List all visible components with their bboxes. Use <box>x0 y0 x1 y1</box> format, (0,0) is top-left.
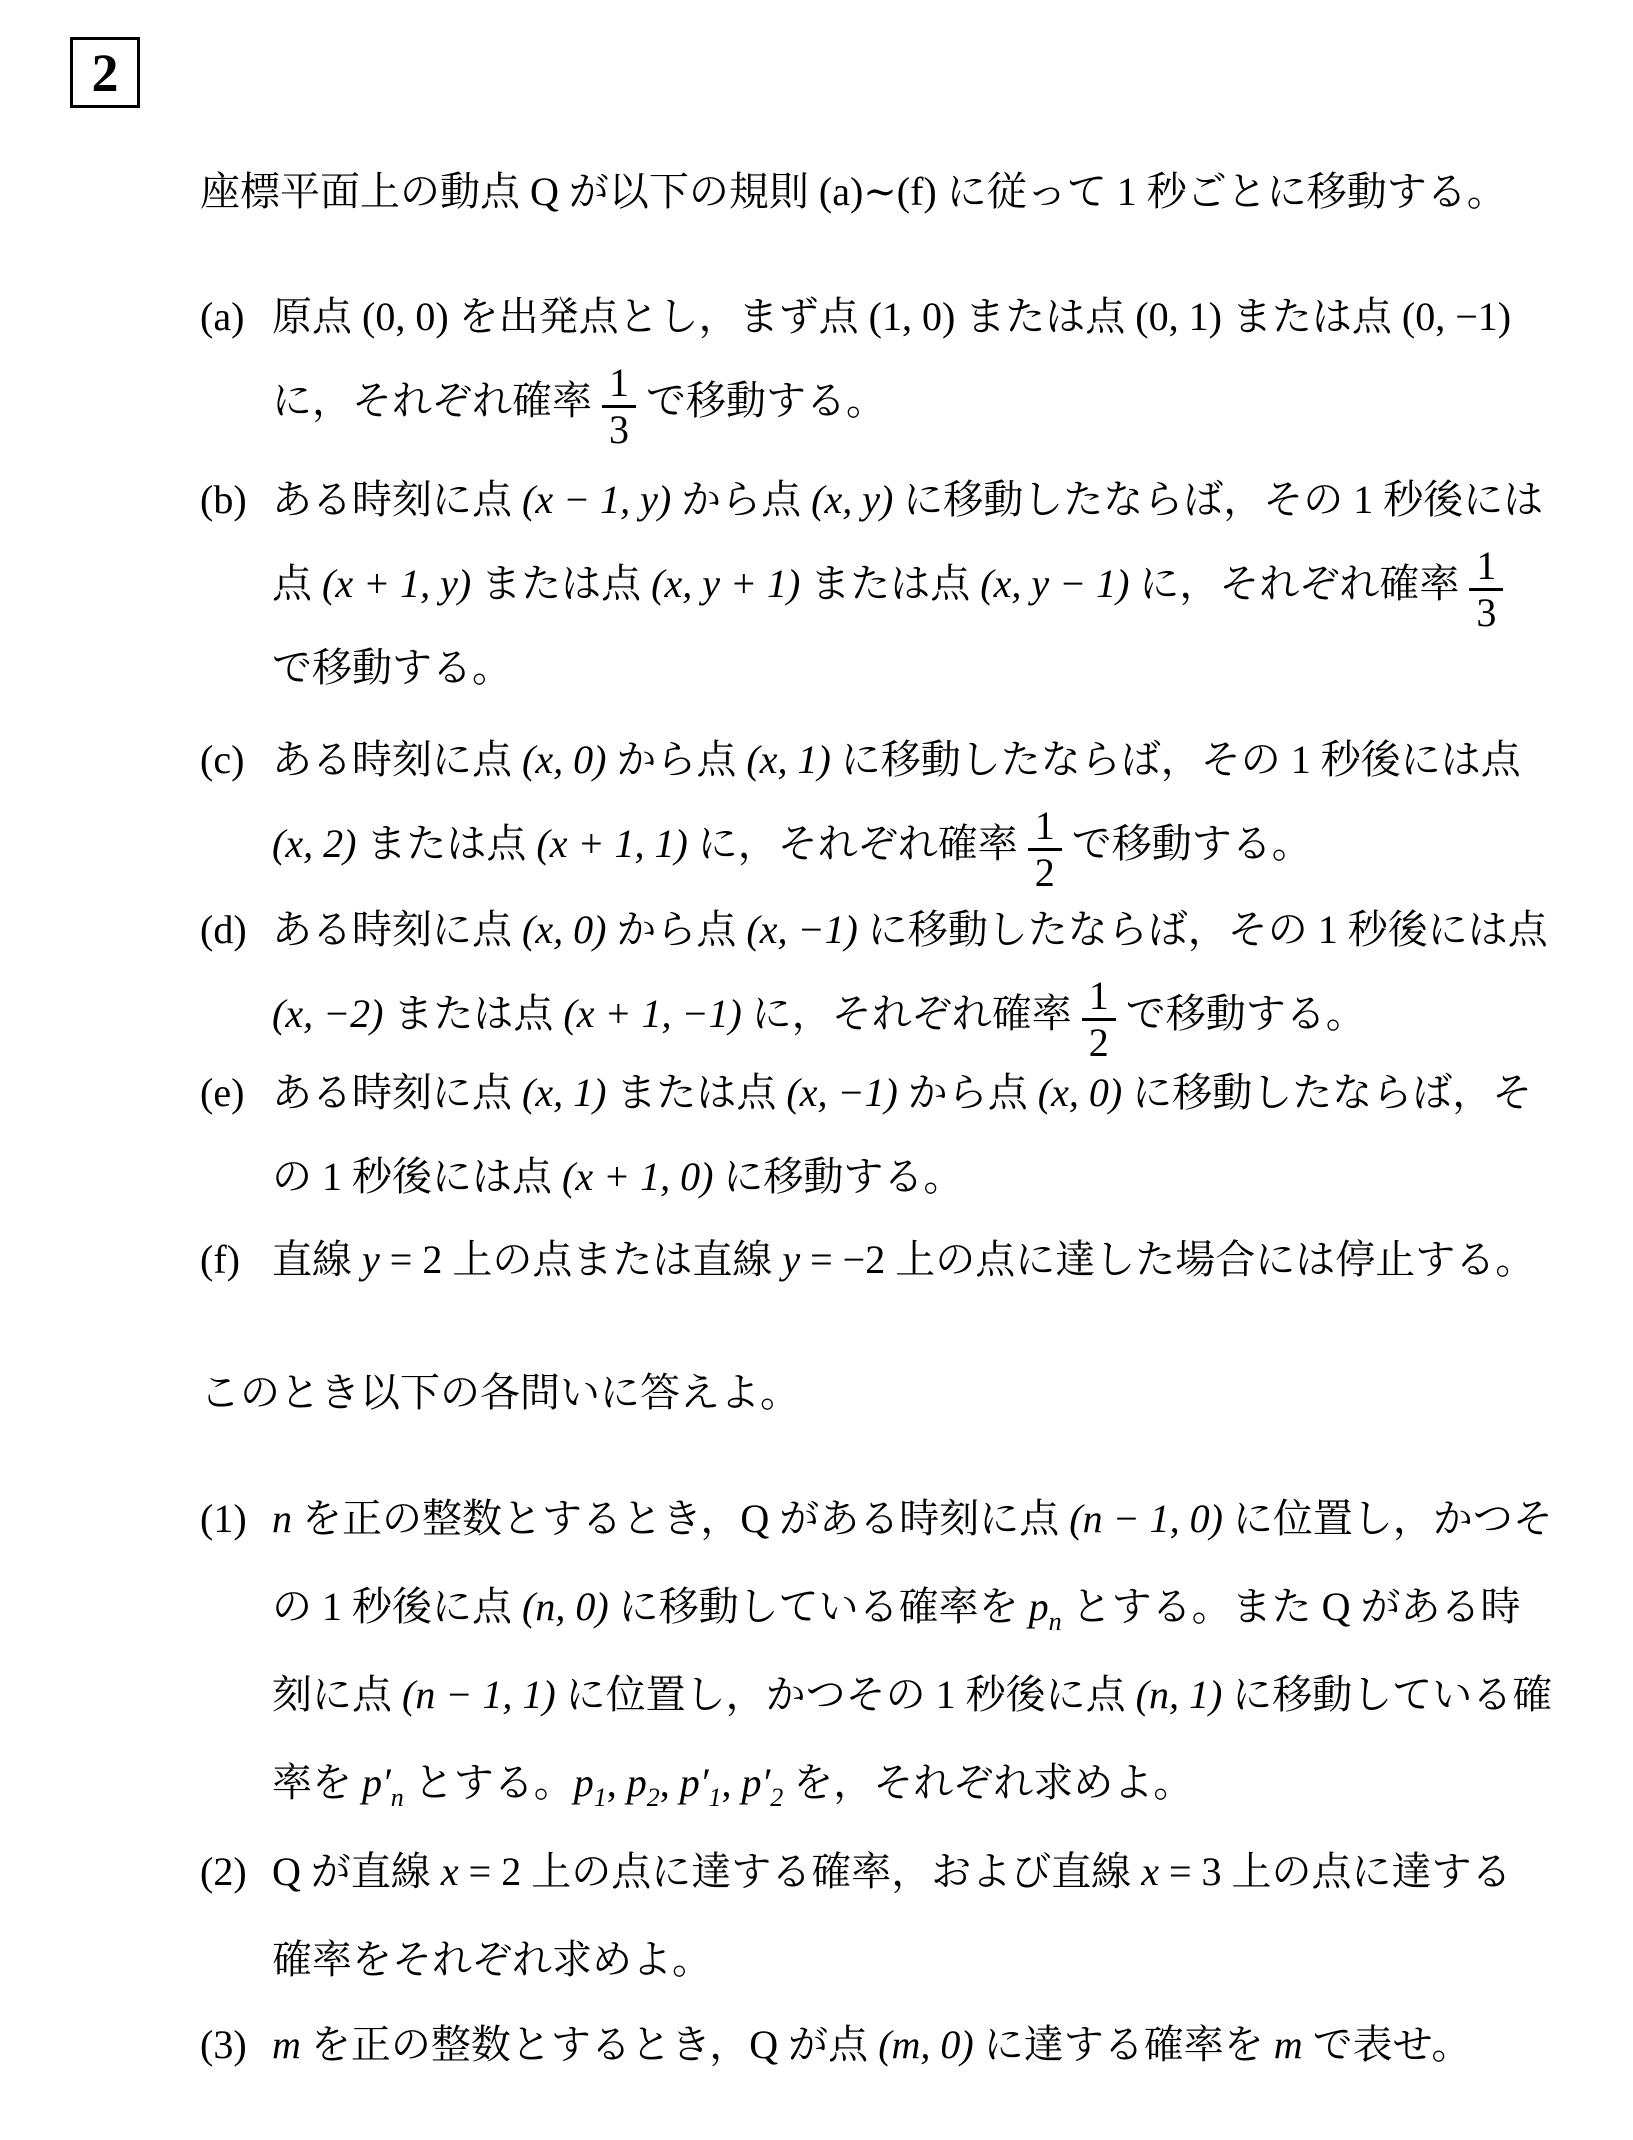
exam-page: 2 座標平面上の動点 Q が以下の規則 (a)∼(f) に従って 1 秒ごとに移… <box>0 0 1633 2140</box>
fraction-denominator: 3 <box>602 405 636 452</box>
text-run: で移動する。 <box>1072 821 1312 866</box>
math-run: p <box>574 1760 594 1805</box>
text-line: (x, 2) または点 (x + 1, 1) に，それぞれ確率12で移動する。 <box>272 802 1600 886</box>
text-line: 率を p′n とする。p1, p2, p′1, p′2 を，それぞれ求めよ。 <box>272 1739 1600 1827</box>
text-line: ある時刻に点 (x, 1) または点 (x, −1) から点 (x, 0) に移… <box>272 1051 1600 1135</box>
text-run: とする。 <box>404 1760 574 1805</box>
text-run: に移動する。 <box>713 1154 963 1199</box>
math-run: m <box>272 2022 301 2067</box>
question-body-3: m を正の整数とするとき，Q が点 (m, 0) に達する確率を m で表せ。 <box>272 2001 1600 2089</box>
math-subscript: n <box>1049 1607 1062 1636</box>
text-run: に移動している確率を <box>609 1584 1029 1629</box>
question-item-2: (2) Q が直線 x = 2 上の点に達する確率，および直線 x = 3 上の… <box>200 1828 1600 2004</box>
text-run: で移動する。 <box>646 378 886 423</box>
rule-body-c: ある時刻に点 (x, 0) から点 (x, 1) に移動したならば，その 1 秒… <box>272 718 1600 886</box>
math-run: x <box>441 1849 459 1894</box>
fraction-denominator: 3 <box>1469 588 1503 635</box>
fraction: 12 <box>1028 804 1062 895</box>
rule-label-d: (d) <box>200 888 258 972</box>
fraction-numerator: 1 <box>602 361 636 405</box>
text-line: 点 (x + 1, y) または点 (x, y + 1) または点 (x, y … <box>272 542 1600 626</box>
text-line: の 1 秒後には点 (x + 1, 0) に移動する。 <box>272 1135 1600 1219</box>
math-run: (n, 0) <box>522 1584 609 1629</box>
math-run: (x, −1) <box>786 1070 897 1115</box>
text-run: = 2 上の点または直線 <box>380 1237 783 1282</box>
text-run: 直線 <box>272 1237 362 1282</box>
fraction: 13 <box>602 361 636 452</box>
text-run: に移動したならば，その 1 秒後には点 <box>831 737 1521 782</box>
text-line: Q が直線 x = 2 上の点に達する確率，および直線 x = 3 上の点に達す… <box>272 1828 1600 1916</box>
rule-label-e: (e) <box>200 1051 258 1135</box>
math-run: (x, 1) <box>522 1070 606 1115</box>
text-line: 直線 y = 2 上の点または直線 y = −2 上の点に達した場合には停止する… <box>272 1218 1600 1302</box>
text-line: に，それぞれ確率13で移動する。 <box>272 359 1600 443</box>
text-run: に移動したならば，その 1 秒後には <box>893 477 1543 522</box>
text-run: で移動する。 <box>272 645 512 690</box>
math-run: (x, y + 1) <box>651 561 800 606</box>
rule-item-c: (c) ある時刻に点 (x, 0) から点 (x, 1) に移動したならば，その… <box>200 718 1600 886</box>
math-subscript: n <box>391 1783 404 1812</box>
text-line: の 1 秒後に点 (n, 0) に移動している確率を pn とする。また Q が… <box>272 1563 1600 1651</box>
text-run: または点 <box>471 561 651 606</box>
text-line: n を正の整数とするとき，Q がある時刻に点 (n − 1, 0) に位置し，か… <box>272 1475 1600 1563</box>
text-line: m を正の整数とするとき，Q が点 (m, 0) に達する確率を m で表せ。 <box>272 2001 1600 2089</box>
math-run: (n − 1, 0) <box>1069 1496 1223 1541</box>
rule-body-d: ある時刻に点 (x, 0) から点 (x, −1) に移動したならば，その 1 … <box>272 888 1600 1056</box>
text-run: から点 <box>606 907 746 952</box>
text-line: (x, −2) または点 (x + 1, −1) に，それぞれ確率12で移動する… <box>272 972 1600 1056</box>
rule-item-a: (a) 原点 (0, 0) を出発点とし，まず点 (1, 0) または点 (0,… <box>200 275 1600 443</box>
text-line: 確率をそれぞれ求めよ。 <box>272 1916 1600 2004</box>
rule-body-a: 原点 (0, 0) を出発点とし，まず点 (1, 0) または点 (0, 1) … <box>272 275 1600 443</box>
rule-item-f: (f) 直線 y = 2 上の点または直線 y = −2 上の点に達した場合には… <box>200 1218 1600 1302</box>
text-run: ある時刻に点 <box>272 907 522 952</box>
text-run: 点 <box>272 561 322 606</box>
text-run: = 3 上の点に達する <box>1159 1849 1512 1894</box>
text-run: から点 <box>606 737 746 782</box>
math-run: p <box>627 1760 647 1805</box>
math-run: n <box>272 1496 292 1541</box>
text-run: 刻に点 <box>272 1672 402 1717</box>
math-run: (x, 1) <box>746 737 830 782</box>
intro-text: 座標平面上の動点 Q が以下の規則 (a)∼(f) に従って 1 秒ごとに移動す… <box>200 150 1600 234</box>
text-run: から点 <box>898 1070 1038 1115</box>
text-run: Q が直線 <box>272 1849 441 1894</box>
text-run: , <box>722 1760 742 1805</box>
text-run: ある時刻に点 <box>272 477 522 522</box>
text-run: に位置し，かつそ <box>1223 1496 1553 1541</box>
text-run: に移動している確 <box>1222 1672 1552 1717</box>
text-run: ある時刻に点 <box>272 737 522 782</box>
math-run: (x + 1, 0) <box>562 1154 713 1199</box>
question-body-1: n を正の整数とするとき，Q がある時刻に点 (n − 1, 0) に位置し，か… <box>272 1475 1600 1827</box>
math-run: (x − 1, y) <box>522 477 671 522</box>
rule-label-b: (b) <box>200 458 258 542</box>
text-run: または点 <box>356 821 536 866</box>
fraction-numerator: 1 <box>1082 974 1116 1018</box>
rule-item-e: (e) ある時刻に点 (x, 1) または点 (x, −1) から点 (x, 0… <box>200 1051 1600 1219</box>
text-line: で移動する。 <box>272 626 1600 710</box>
text-run: または点 <box>800 561 980 606</box>
text-run: , <box>607 1760 627 1805</box>
question-label-2: (2) <box>200 1828 258 1916</box>
fraction-numerator: 1 <box>1028 804 1062 848</box>
text-run: で移動する。 <box>1126 991 1366 1036</box>
text-run: に，それぞれ確率 <box>688 821 1018 866</box>
text-run: に位置し，かつその 1 秒後に点 <box>556 1672 1136 1717</box>
math-run: (n, 1) <box>1136 1672 1223 1717</box>
text-run: または点 <box>383 991 563 1036</box>
math-run: (x + 1, y) <box>322 561 471 606</box>
text-run: 原点 (0, 0) を出発点とし，まず点 (1, 0) または点 (0, 1) … <box>272 294 1511 339</box>
math-run: p′ <box>680 1760 709 1805</box>
text-line: ある時刻に点 (x − 1, y) から点 (x, y) に移動したならば，その… <box>272 458 1600 542</box>
text-run: に，それぞれ確率 <box>1129 561 1459 606</box>
text-line: 刻に点 (n − 1, 1) に位置し，かつその 1 秒後に点 (n, 1) に… <box>272 1651 1600 1739</box>
math-run: m <box>1274 2022 1303 2067</box>
math-subscript: 1 <box>709 1783 722 1812</box>
text-run: とする。また Q がある時 <box>1062 1584 1521 1629</box>
question-label-1: (1) <box>200 1475 258 1563</box>
text-run: で表せ。 <box>1303 2022 1472 2067</box>
rule-label-f: (f) <box>200 1218 258 1302</box>
text-line: 原点 (0, 0) を出発点とし，まず点 (1, 0) または点 (0, 1) … <box>272 275 1600 359</box>
problem-number: 2 <box>92 46 119 100</box>
math-subscript: 1 <box>594 1783 607 1812</box>
math-run: (m, 0) <box>878 2022 974 2067</box>
math-run: y <box>362 1237 380 1282</box>
text-run: = −2 上の点に達した場合には停止する。 <box>800 1237 1535 1282</box>
question-item-1: (1) n を正の整数とするとき，Q がある時刻に点 (n − 1, 0) に位… <box>200 1475 1600 1827</box>
text-line: ある時刻に点 (x, 0) から点 (x, 1) に移動したならば，その 1 秒… <box>272 718 1600 802</box>
math-run: p′ <box>362 1760 391 1805</box>
math-run: p <box>1029 1584 1049 1629</box>
text-run: の 1 秒後に点 <box>272 1584 522 1629</box>
fraction: 13 <box>1469 544 1503 635</box>
math-run: y <box>782 1237 800 1282</box>
math-run: (x + 1, −1) <box>563 991 741 1036</box>
text-run: を正の整数とするとき，Q が点 <box>301 2022 878 2067</box>
text-run: から点 <box>671 477 811 522</box>
rule-body-e: ある時刻に点 (x, 1) または点 (x, −1) から点 (x, 0) に移… <box>272 1051 1600 1219</box>
rule-body-b: ある時刻に点 (x − 1, y) から点 (x, y) に移動したならば，その… <box>272 458 1600 710</box>
math-run: (x, y) <box>811 477 893 522</box>
rule-item-b: (b) ある時刻に点 (x − 1, y) から点 (x, y) に移動したなら… <box>200 458 1600 710</box>
math-run: (x, −1) <box>746 907 857 952</box>
math-run: (x, y − 1) <box>980 561 1129 606</box>
math-run: (n − 1, 1) <box>402 1672 556 1717</box>
math-subscript: 2 <box>770 1783 783 1812</box>
fraction-numerator: 1 <box>1469 544 1503 588</box>
text-run: に移動したならば，そ <box>1122 1070 1532 1115</box>
math-subscript: 2 <box>647 1783 660 1812</box>
rule-item-d: (d) ある時刻に点 (x, 0) から点 (x, −1) に移動したならば，そ… <box>200 888 1600 1056</box>
question-body-2: Q が直線 x = 2 上の点に達する確率，および直線 x = 3 上の点に達す… <box>272 1828 1600 2004</box>
text-run: に，それぞれ確率 <box>742 991 1072 1036</box>
rule-body-f: 直線 y = 2 上の点または直線 y = −2 上の点に達した場合には停止する… <box>272 1218 1600 1302</box>
text-run: , <box>660 1760 680 1805</box>
math-run: (x, 2) <box>272 821 356 866</box>
math-run: (x, 0) <box>522 907 606 952</box>
math-run: p′ <box>742 1760 771 1805</box>
math-run: (x, 0) <box>522 737 606 782</box>
text-run: 確率をそれぞれ求めよ。 <box>272 1937 712 1982</box>
math-run: (x, −2) <box>272 991 383 1036</box>
text-run: または点 <box>606 1070 786 1115</box>
problem-number-box: 2 <box>70 37 140 108</box>
text-run: を，それぞれ求めよ。 <box>783 1760 1193 1805</box>
text-line: ある時刻に点 (x, 0) から点 (x, −1) に移動したならば，その 1 … <box>272 888 1600 972</box>
text-run: に移動したならば，その 1 秒後には点 <box>858 907 1548 952</box>
question-item-3: (3) m を正の整数とするとき，Q が点 (m, 0) に達する確率を m で… <box>200 2001 1600 2089</box>
rule-label-a: (a) <box>200 275 258 359</box>
text-run: に，それぞれ確率 <box>272 378 592 423</box>
text-run: に達する確率を <box>974 2022 1274 2067</box>
text-run: を正の整数とするとき，Q がある時刻に点 <box>292 1496 1069 1541</box>
text-run: ある時刻に点 <box>272 1070 522 1115</box>
question-label-3: (3) <box>200 2001 258 2089</box>
math-run: x <box>1141 1849 1159 1894</box>
mid-instruction: このとき以下の各問いに答えよ。 <box>200 1351 1600 1435</box>
text-run: = 2 上の点に達する確率，および直線 <box>459 1849 1142 1894</box>
text-run: 率を <box>272 1760 362 1805</box>
rule-label-c: (c) <box>200 718 258 802</box>
math-run: (x, 0) <box>1038 1070 1122 1115</box>
text-run: の 1 秒後には点 <box>272 1154 562 1199</box>
math-run: (x + 1, 1) <box>536 821 687 866</box>
